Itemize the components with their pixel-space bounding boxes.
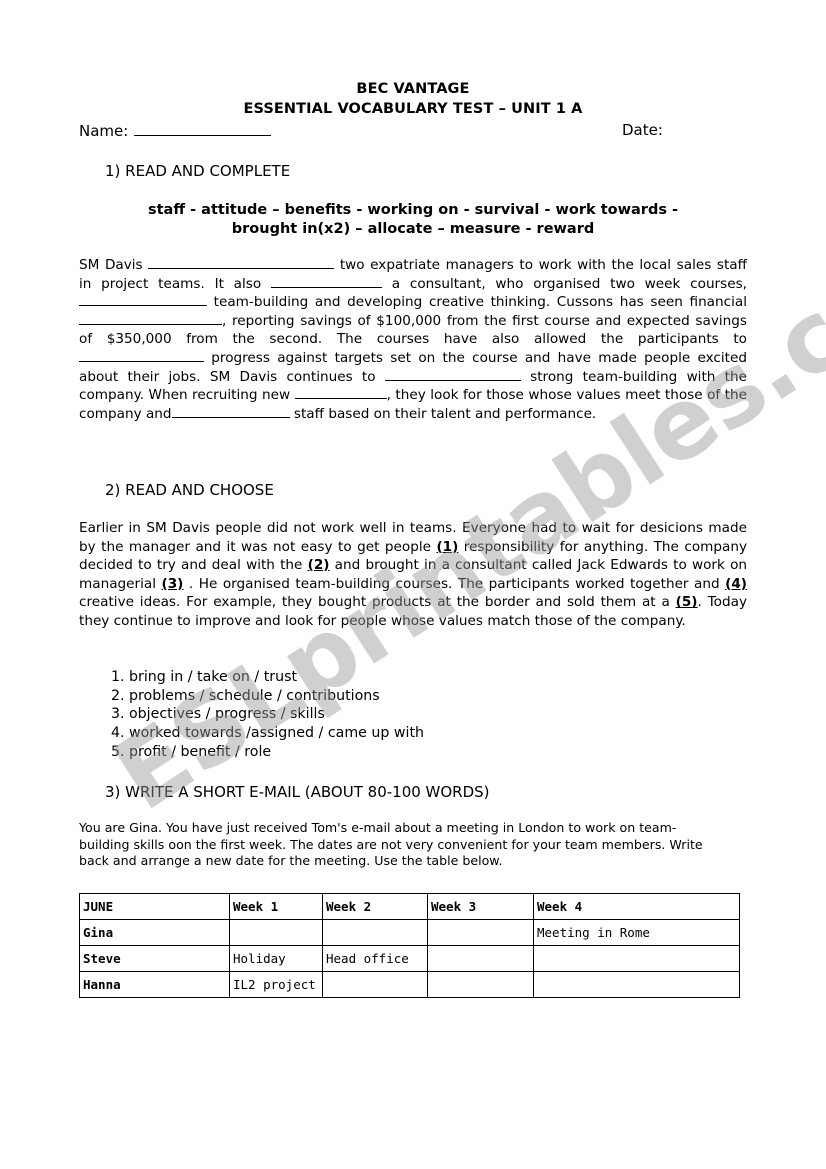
choices-list: bring in / take on / trust problems / sc… bbox=[104, 668, 424, 762]
choice-item: worked towards /assigned / came up with bbox=[129, 724, 424, 743]
title-line-1: BEC VANTAGE bbox=[0, 81, 826, 97]
table-cell: Meeting in Rome bbox=[534, 920, 740, 946]
word-bank-line-1: staff - attitude – benefits - working on… bbox=[79, 201, 747, 220]
table-cell bbox=[428, 920, 534, 946]
text-segment: SM Davis bbox=[79, 257, 148, 273]
word-bank-line-2: brought in(x2) – allocate – measure - re… bbox=[79, 220, 747, 239]
fill-in-blank-6[interactable] bbox=[385, 368, 521, 381]
table-header-cell: Week 1 bbox=[230, 894, 323, 920]
section-2-heading: 2) READ AND CHOOSE bbox=[105, 481, 274, 499]
table-cell: Head office bbox=[323, 946, 428, 972]
table-row: Steve Holiday Head office bbox=[80, 946, 740, 972]
text-segment: a consultant, who organised two week cou… bbox=[382, 276, 747, 292]
text-segment: . He organised team-building courses. Th… bbox=[183, 576, 725, 592]
worksheet-page: BEC VANTAGE ESSENTIAL VOCABULARY TEST – … bbox=[0, 0, 826, 1169]
table-row: Gina Meeting in Rome bbox=[80, 920, 740, 946]
name-date-row: Name: Date: bbox=[79, 121, 669, 140]
date-label: Date: bbox=[622, 121, 663, 139]
gap-marker-1: (1) bbox=[436, 539, 458, 555]
word-bank: staff - attitude – benefits - working on… bbox=[79, 201, 747, 239]
choice-item: problems / schedule / contributions bbox=[129, 687, 424, 706]
table-cell-name: Hanna bbox=[80, 972, 230, 998]
name-label: Name: bbox=[79, 122, 128, 140]
name-blank[interactable] bbox=[134, 121, 271, 136]
fill-in-blank-1[interactable] bbox=[148, 256, 334, 269]
table-cell bbox=[323, 972, 428, 998]
choice-item: objectives / progress / skills bbox=[129, 705, 424, 724]
table-cell: IL2 project bbox=[230, 972, 323, 998]
choice-item: profit / benefit / role bbox=[129, 743, 424, 762]
gap-marker-2: (2) bbox=[308, 557, 330, 573]
table-cell: Holiday bbox=[230, 946, 323, 972]
section-2-paragraph: Earlier in SM Davis people did not work … bbox=[79, 519, 747, 631]
table-header-cell: Week 3 bbox=[428, 894, 534, 920]
text-segment: team-building and developing creative th… bbox=[207, 294, 747, 310]
fill-in-blank-3[interactable] bbox=[79, 293, 207, 306]
fill-in-blank-7[interactable] bbox=[295, 386, 387, 399]
schedule-table: JUNE Week 1 Week 2 Week 3 Week 4 Gina Me… bbox=[79, 893, 740, 998]
fill-in-blank-5[interactable] bbox=[79, 349, 204, 362]
table-cell bbox=[534, 972, 740, 998]
section-3-heading: 3) WRITE A SHORT E-MAIL (ABOUT 80-100 WO… bbox=[105, 783, 490, 801]
gap-marker-4: (4) bbox=[725, 576, 747, 592]
table-cell-name: Steve bbox=[80, 946, 230, 972]
table-row: Hanna IL2 project bbox=[80, 972, 740, 998]
text-segment: creative ideas. For example, they bought… bbox=[79, 594, 676, 610]
title-line-2: ESSENTIAL VOCABULARY TEST – UNIT 1 A bbox=[0, 101, 826, 117]
text-segment: staff based on their talent and performa… bbox=[290, 406, 597, 422]
table-cell bbox=[323, 920, 428, 946]
table-cell bbox=[428, 946, 534, 972]
table-cell-name: Gina bbox=[80, 920, 230, 946]
table-header-cell: Week 2 bbox=[323, 894, 428, 920]
table-cell bbox=[230, 920, 323, 946]
table-header-row: JUNE Week 1 Week 2 Week 3 Week 4 bbox=[80, 894, 740, 920]
table-header-cell: Week 4 bbox=[534, 894, 740, 920]
table-header-cell: JUNE bbox=[80, 894, 230, 920]
choice-item: bring in / take on / trust bbox=[129, 668, 424, 687]
email-instructions: You are Gina. You have just received Tom… bbox=[79, 820, 719, 870]
gap-marker-3: (3) bbox=[162, 576, 184, 592]
gap-marker-5: (5) bbox=[676, 594, 698, 610]
table-cell bbox=[428, 972, 534, 998]
fill-in-blank-8[interactable] bbox=[172, 405, 290, 418]
section-1-paragraph: SM Davis two expatriate managers to work… bbox=[79, 256, 747, 423]
fill-in-blank-4[interactable] bbox=[79, 312, 222, 325]
table-cell bbox=[534, 946, 740, 972]
fill-in-blank-2[interactable] bbox=[271, 275, 382, 288]
section-1-heading: 1) READ AND COMPLETE bbox=[105, 162, 290, 180]
